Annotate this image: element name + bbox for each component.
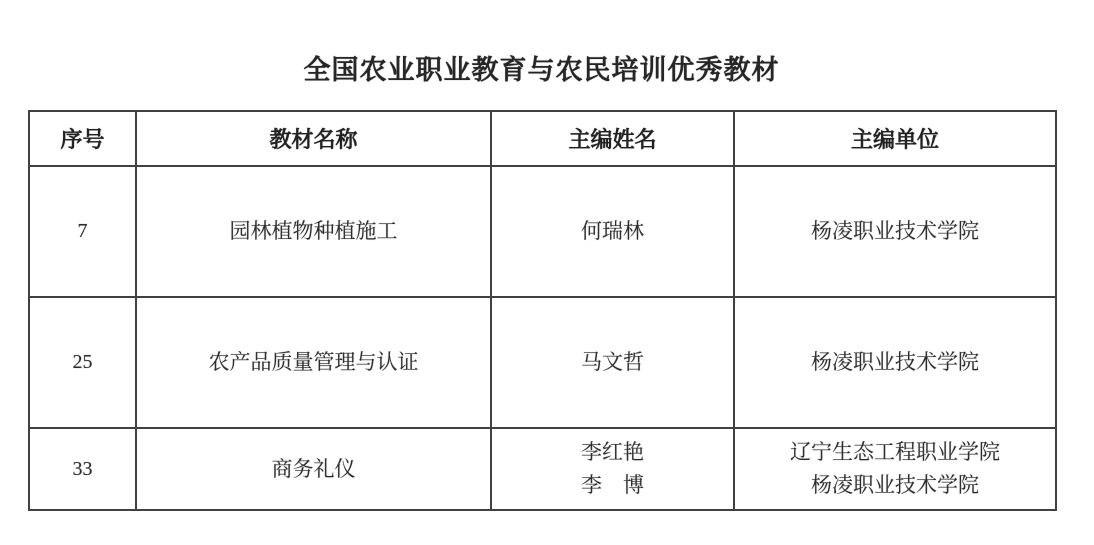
- table-row: 7 园林植物种植施工 何瑞林 杨凌职业技术学院: [29, 166, 1056, 297]
- cell-name: 园林植物种植施工: [136, 166, 491, 297]
- column-header-name: 教材名称: [136, 111, 491, 166]
- award-materials-table: 序号 教材名称 主编姓名 主编单位 7 园林植物种植施工 何瑞林 杨凌职业技术学…: [28, 110, 1057, 511]
- cell-index: 25: [29, 297, 136, 428]
- cell-index: 33: [29, 428, 136, 510]
- cell-index: 7: [29, 166, 136, 297]
- cell-unit: 杨凌职业技术学院: [734, 297, 1056, 428]
- table-row: 33 商务礼仪 李红艳 李 博 辽宁生态工程职业学院 杨凌职业技术学院: [29, 428, 1056, 510]
- column-header-unit: 主编单位: [734, 111, 1056, 166]
- table-row: 25 农产品质量管理与认证 马文哲 杨凌职业技术学院: [29, 297, 1056, 428]
- cell-editor: 李红艳 李 博: [491, 428, 734, 510]
- cell-editor: 何瑞林: [491, 166, 734, 297]
- cell-name: 农产品质量管理与认证: [136, 297, 491, 428]
- cell-editor: 马文哲: [491, 297, 734, 428]
- cell-name: 商务礼仪: [136, 428, 491, 510]
- column-header-editor: 主编姓名: [491, 111, 734, 166]
- column-header-index: 序号: [29, 111, 136, 166]
- table-header-row: 序号 教材名称 主编姓名 主编单位: [29, 111, 1056, 166]
- cell-unit: 辽宁生态工程职业学院 杨凌职业技术学院: [734, 428, 1056, 510]
- document-title: 全国农业职业教育与农民培训优秀教材: [0, 48, 1083, 87]
- scanned-document-page: 全国农业职业教育与农民培训优秀教材 序号 教材名称 主编姓名 主编单位 7 园林…: [0, 0, 1094, 545]
- cell-unit: 杨凌职业技术学院: [734, 166, 1056, 297]
